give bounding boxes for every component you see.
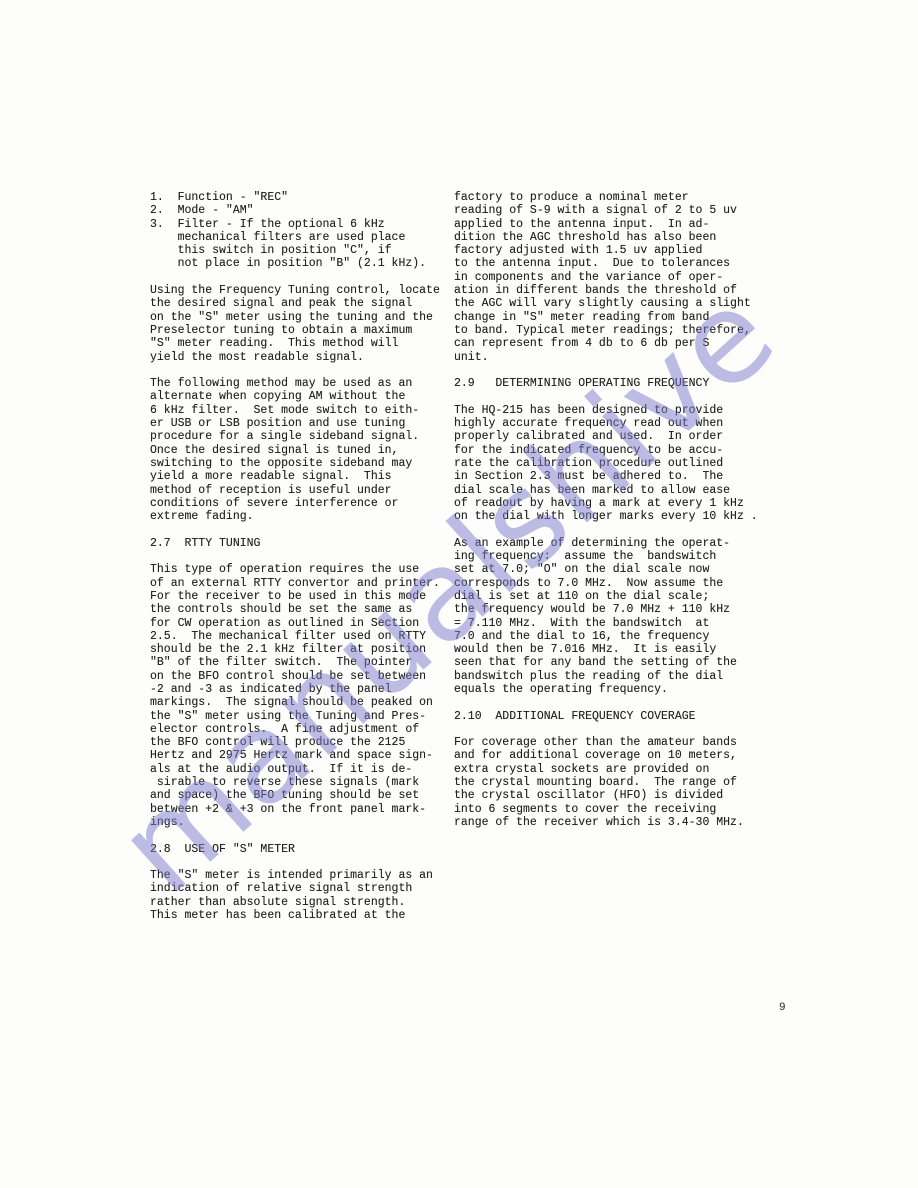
crystal-sockets-paragraph: For coverage other than the amateur band… — [454, 736, 766, 829]
section-heading-2-10: 2.10 ADDITIONAL FREQUENCY COVERAGE — [454, 710, 766, 723]
left-column: 1. Function - "REC" 2. Mode - "AM" 3. Fi… — [150, 191, 455, 922]
document-page: 1. Function - "REC" 2. Mode - "AM" 3. Fi… — [0, 0, 918, 1188]
right-column: factory to produce a nominal meter readi… — [454, 191, 766, 829]
s-meter-calibration-paragraph: factory to produce a nominal meter readi… — [454, 191, 766, 364]
rtty-tuning-paragraph: This type of operation requires the use … — [150, 563, 455, 829]
page-number: 9 — [779, 1002, 786, 1014]
setup-steps-list: 1. Function - "REC" 2. Mode - "AM" 3. Fi… — [150, 191, 455, 271]
section-heading-2-7: 2.7 RTTY TUNING — [150, 537, 455, 550]
section-heading-2-8: 2.8 USE OF "S" METER — [150, 843, 455, 856]
am-tuning-paragraph: Using the Frequency Tuning control, loca… — [150, 284, 455, 364]
frequency-example-paragraph: As an example of determining the operat-… — [454, 537, 766, 697]
alternate-method-paragraph: The following method may be used as an a… — [150, 377, 455, 523]
section-heading-2-9: 2.9 DETERMINING OPERATING FREQUENCY — [454, 377, 766, 390]
frequency-readout-paragraph: The HQ-215 has been designed to provide … — [454, 404, 766, 524]
s-meter-paragraph: The "S" meter is intended primarily as a… — [150, 869, 455, 922]
